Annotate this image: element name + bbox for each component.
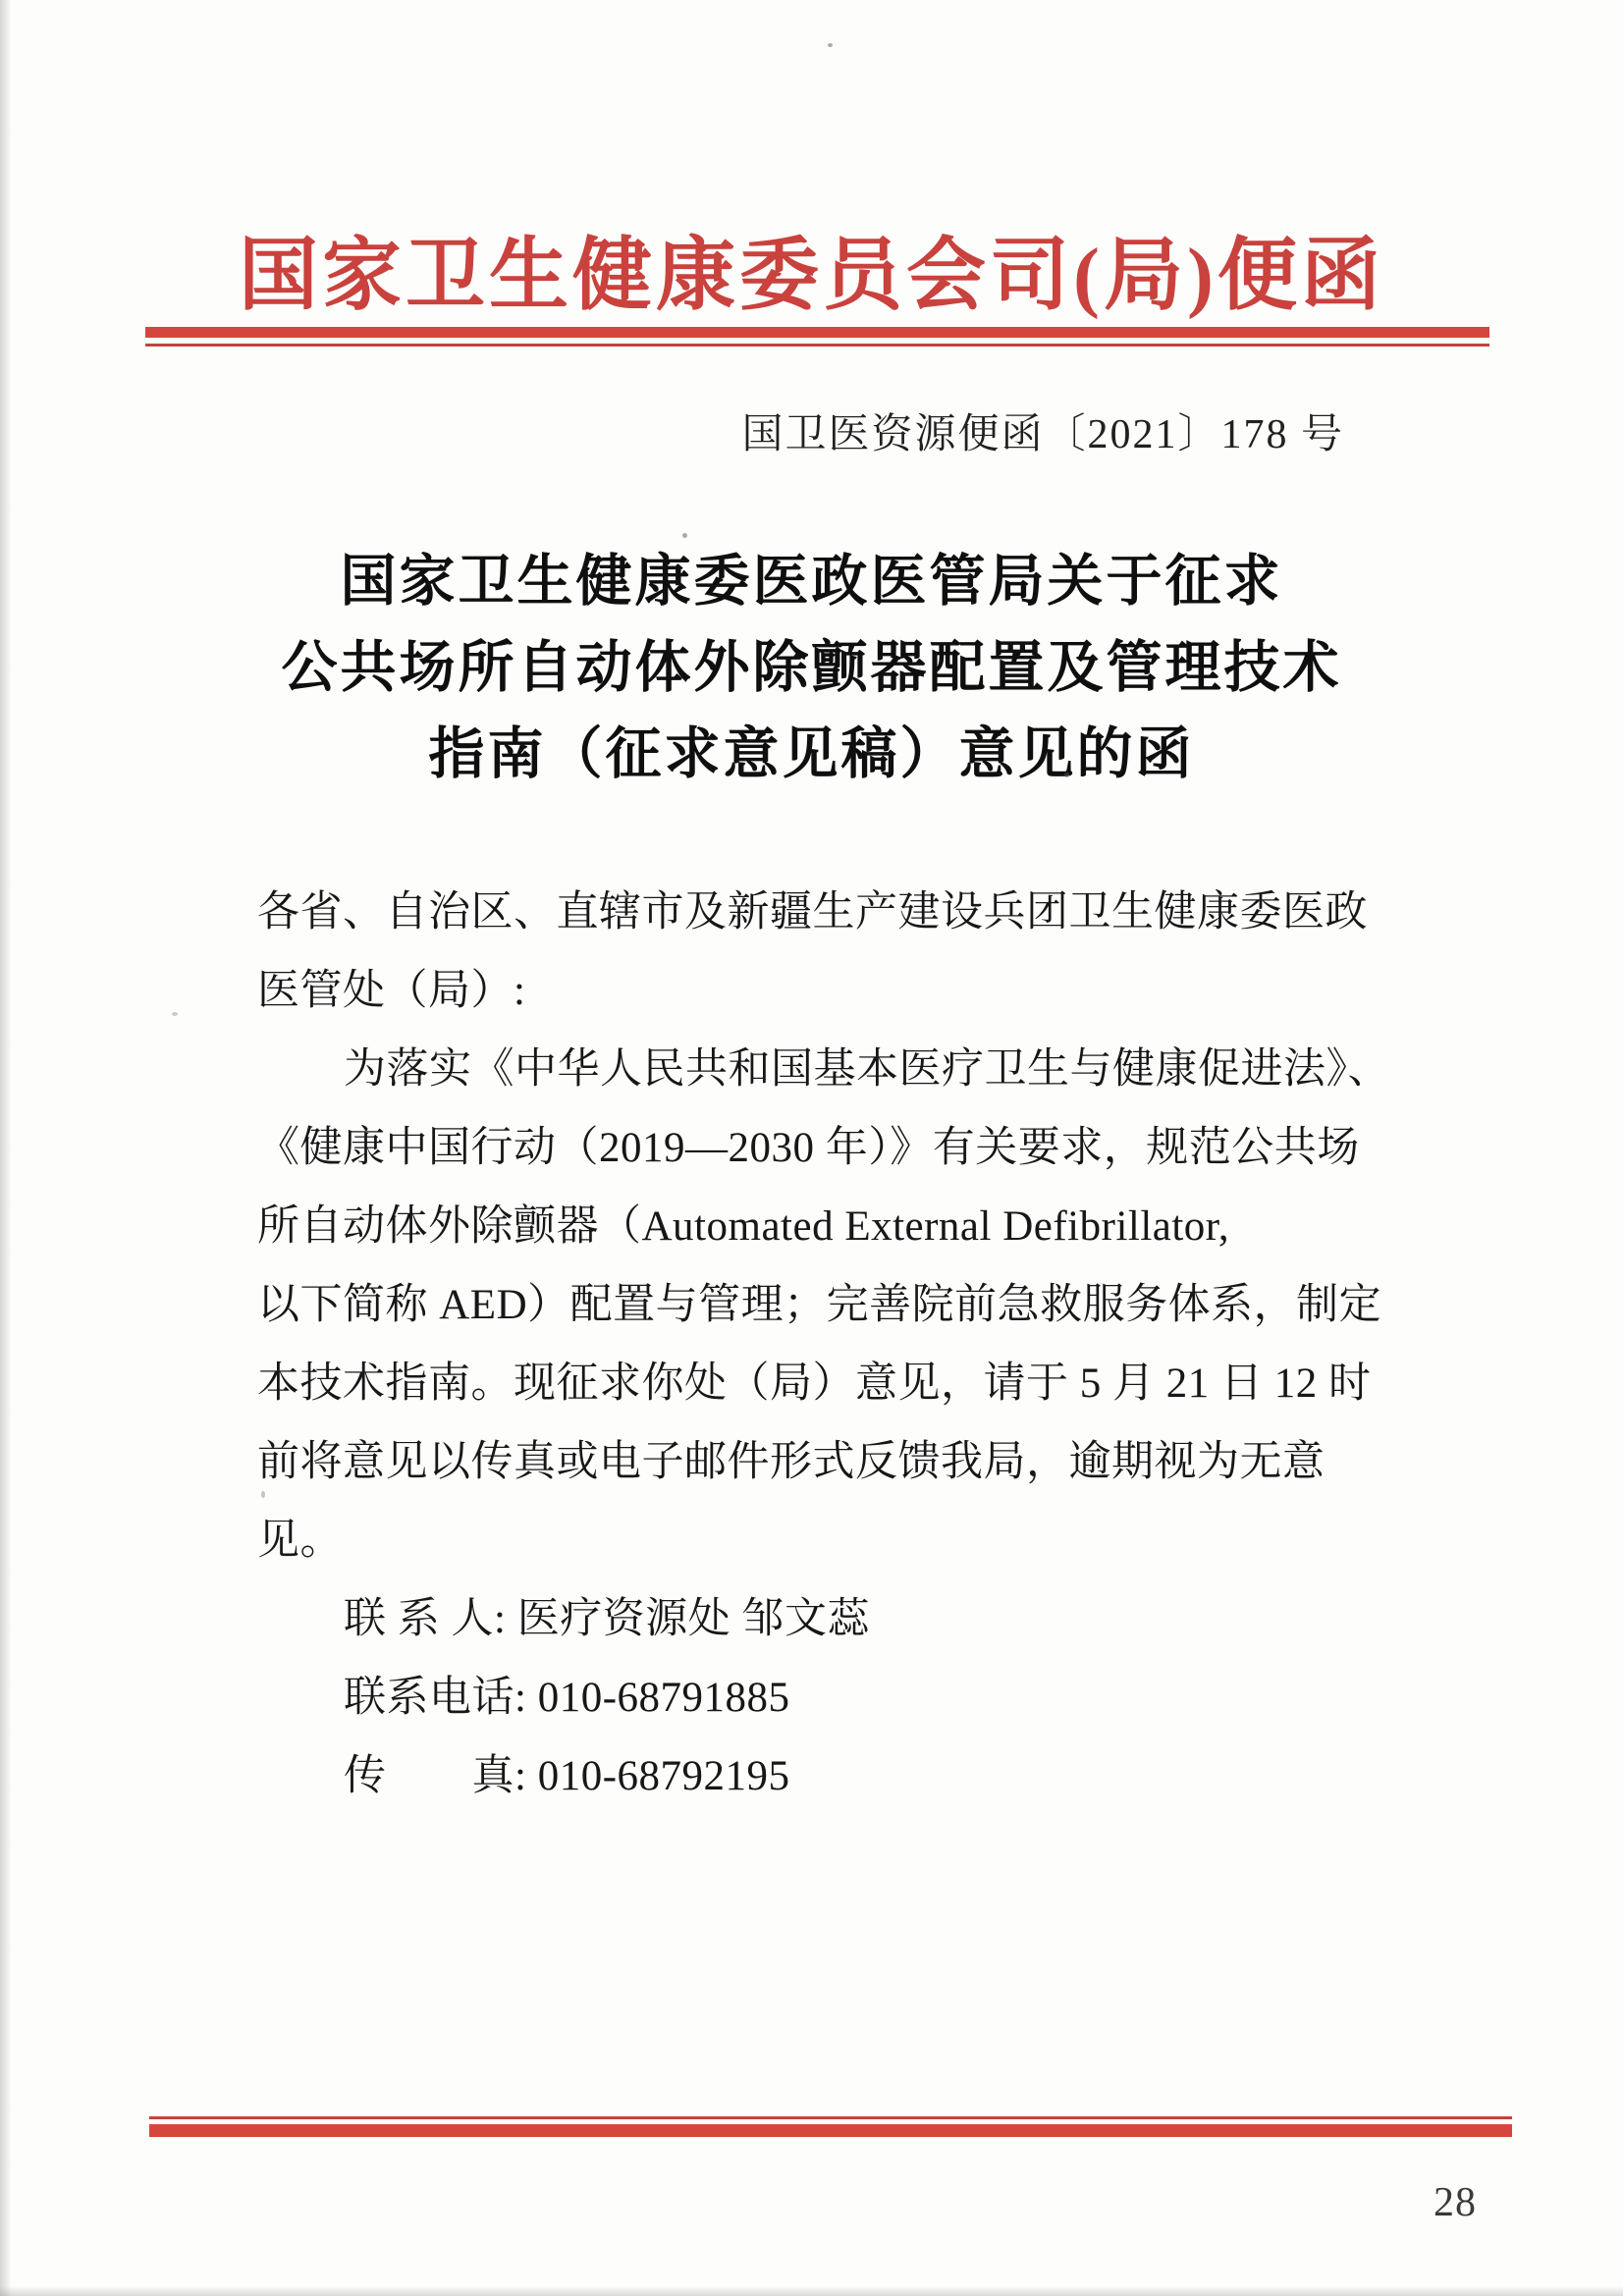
- contact-person-line: 联 系 人: 医疗资源处 邹文蕊: [257, 1580, 1363, 1659]
- document-title-line-3: 指南（征求意见稿）意见的函: [0, 712, 1623, 798]
- letterhead-rule-thin: [145, 344, 1489, 347]
- letterhead-rule-thick: [145, 327, 1489, 338]
- document-title-line-2: 公共场所自动体外除颤器配置及管理技术: [0, 625, 1623, 712]
- document-title: 国家卫生健康委医政医管局关于征求 公共场所自动体外除颤器配置及管理技术 指南（征…: [0, 539, 1623, 798]
- contact-fax-line: 传 真: 010-68792195: [257, 1737, 1363, 1816]
- paragraph-line: 以下简称 AED）配置与管理；完善院前急救服务体系，制定: [257, 1266, 1363, 1345]
- footer-rule-thick: [149, 2124, 1512, 2137]
- salutation-line: 医管处（局）:: [257, 952, 1363, 1031]
- scan-artifact-dot: [682, 533, 687, 538]
- letter-body: 各省、自治区、直辖市及新疆生产建设兵团卫生健康委医政 医管处（局）: 为落实《中…: [257, 874, 1363, 1816]
- footer-rule-thin: [149, 2116, 1512, 2119]
- paragraph-line: 《健康中国行动（2019—2030 年）》有关要求，规范公共场: [257, 1109, 1363, 1188]
- paragraph-line: 所自动体外除颤器（Automated External Defibrillato…: [257, 1188, 1363, 1266]
- paragraph-line: 前将意见以传真或电子邮件形式反馈我局，逾期视为无意: [257, 1423, 1363, 1502]
- salutation-line: 各省、自治区、直辖市及新疆生产建设兵团卫生健康委医政: [257, 874, 1363, 952]
- scanned-official-letter-page: 国家卫生健康委员会司(局)便函 国卫医资源便函〔2021〕178 号 国家卫生健…: [0, 0, 1623, 2296]
- page-number: 28: [1434, 2179, 1477, 2226]
- letterhead-agency-title: 国家卫生健康委员会司(局)便函: [0, 212, 1623, 326]
- scan-artifact-dot: [828, 43, 833, 47]
- scan-edge-shadow-left: [0, 0, 12, 2296]
- document-reference-number: 国卫医资源便函〔2021〕178 号: [741, 404, 1344, 465]
- paragraph-line: 见。: [257, 1502, 1363, 1580]
- paragraph-line: 本技术指南。现征求你处（局）意见，请于 5 月 21 日 12 时: [257, 1345, 1363, 1423]
- scan-artifact-dot: [172, 1012, 178, 1016]
- contact-phone-line: 联系电话: 010-68791885: [257, 1659, 1363, 1737]
- document-title-line-1: 国家卫生健康委医政医管局关于征求: [0, 539, 1623, 625]
- scan-edge-shadow-bottom: [0, 2286, 1623, 2296]
- paragraph-line: 为落实《中华人民共和国基本医疗卫生与健康促进法》、: [257, 1031, 1363, 1109]
